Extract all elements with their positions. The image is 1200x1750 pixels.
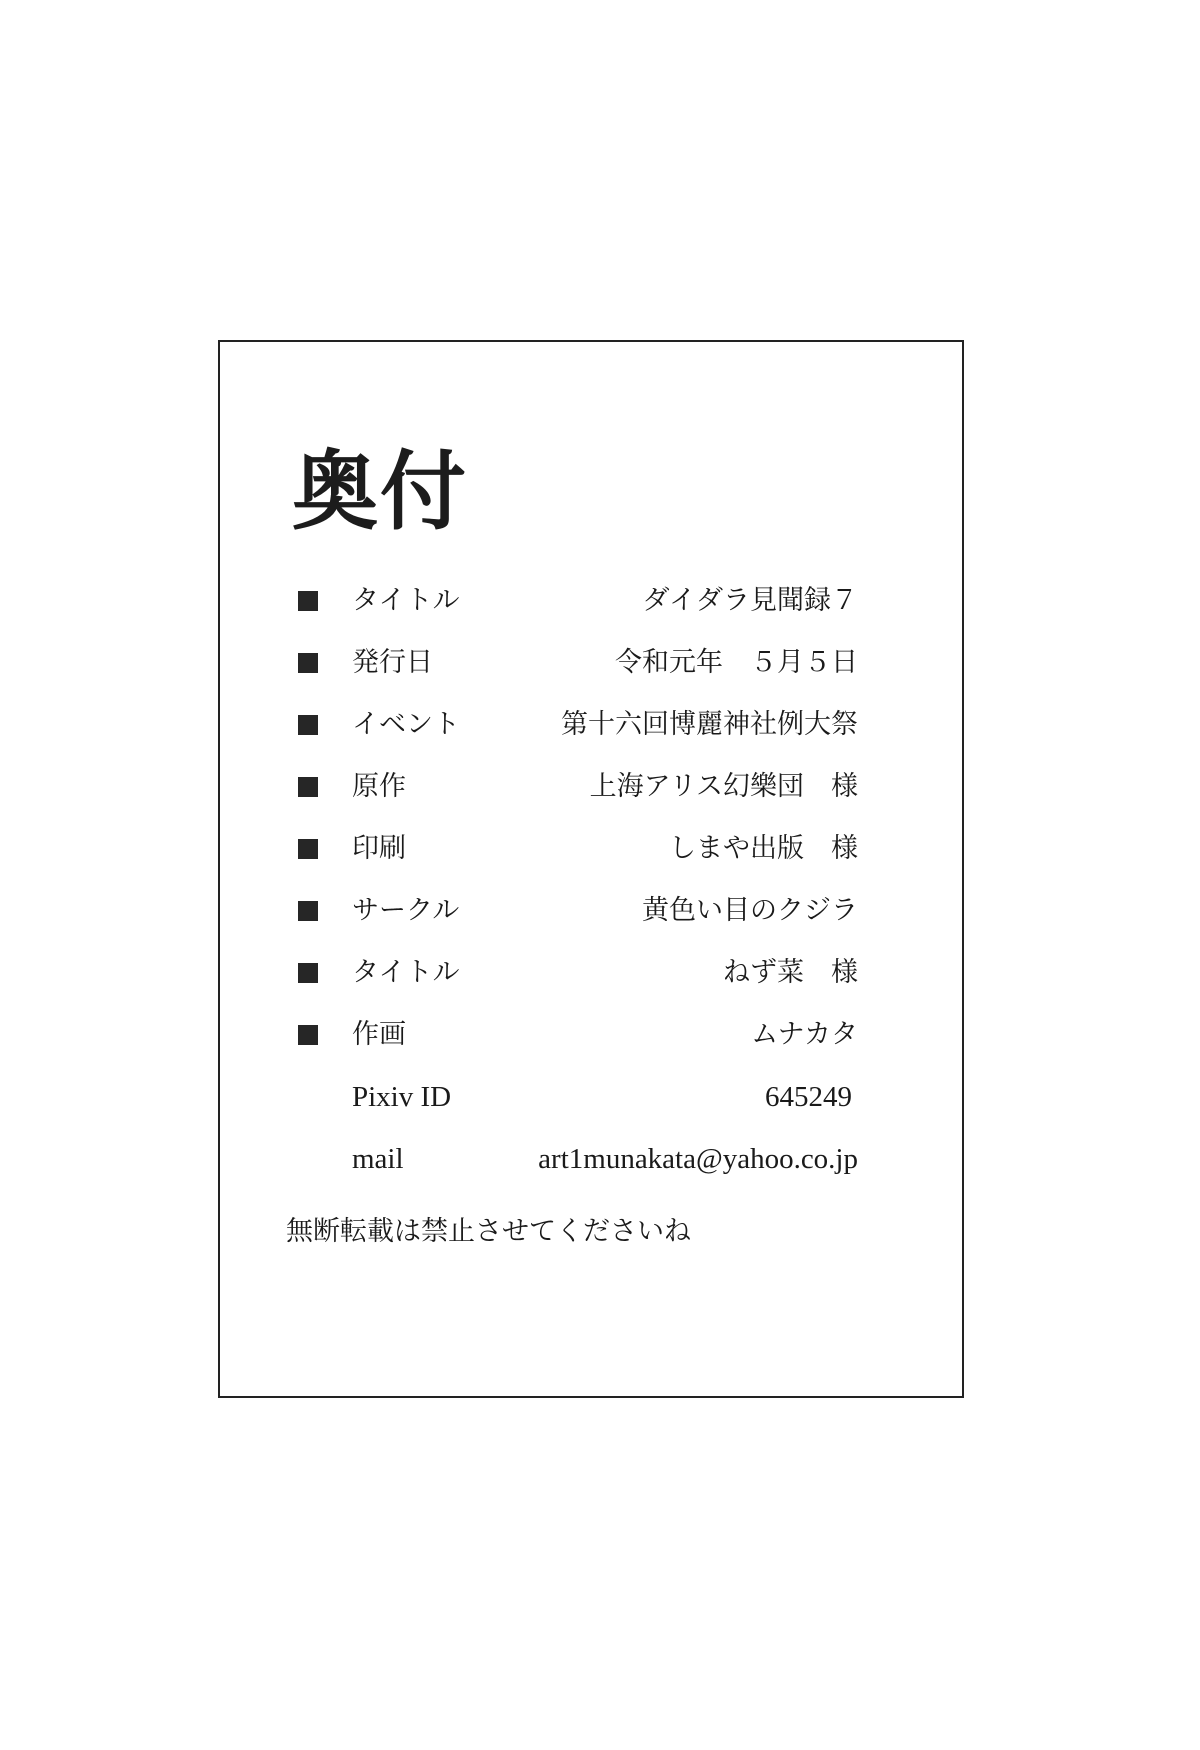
square-bullet-icon bbox=[298, 591, 318, 611]
colophon-row-title-2: タイトル ねず菜 様 bbox=[298, 942, 858, 1004]
row-label: イベント bbox=[352, 705, 460, 745]
row-value: 第十六回博麗神社例大祭 bbox=[561, 705, 858, 745]
row-label: 原作 bbox=[352, 767, 406, 807]
row-label: サークル bbox=[352, 891, 459, 931]
colophon-list: タイトル ダイダラ見聞録７ 発行日 令和元年 ５月５日 イベント 第十六回博麗神… bbox=[298, 570, 858, 1190]
reprint-notice: 無断転載は禁止させてくださいね bbox=[286, 1212, 691, 1252]
pixiv-id: 645249 bbox=[765, 1077, 852, 1117]
row-value: ダイダラ見聞録７ bbox=[643, 581, 858, 621]
colophon-row-publish-date: 発行日 令和元年 ５月５日 bbox=[298, 632, 858, 694]
row-value: 上海アリス幻樂団 様 bbox=[590, 767, 858, 807]
colophon-title: 奥付 bbox=[292, 442, 468, 542]
colophon-row-artist: 作画 ムナカタ bbox=[298, 1004, 858, 1066]
row-label: タイトル bbox=[352, 953, 459, 993]
row-value: ムナカタ bbox=[751, 1015, 858, 1055]
row-label: 作画 bbox=[352, 1015, 406, 1055]
row-label: タイトル bbox=[352, 581, 459, 621]
row-label: 発行日 bbox=[352, 643, 433, 683]
square-bullet-icon bbox=[298, 901, 318, 921]
colophon-row-original-work: 原作 上海アリス幻樂団 様 bbox=[298, 756, 858, 818]
row-value: 黄色い目のクジラ bbox=[642, 891, 858, 931]
square-bullet-icon bbox=[298, 777, 318, 797]
row-value: しまや出版 様 bbox=[669, 829, 858, 869]
colophon-row-title: タイトル ダイダラ見聞録７ bbox=[298, 570, 858, 632]
square-bullet-icon bbox=[298, 839, 318, 859]
mail-address: art1munakata@yahoo.co.jp bbox=[538, 1139, 858, 1179]
row-value: 令和元年 ５月５日 bbox=[615, 643, 858, 683]
colophon-row-event: イベント 第十六回博麗神社例大祭 bbox=[298, 694, 858, 756]
contact-row-pixiv: Pixiv ID 645249 bbox=[298, 1066, 858, 1128]
contact-row-mail: mail art1munakata@yahoo.co.jp bbox=[298, 1128, 858, 1190]
mail-label: mail bbox=[352, 1139, 404, 1179]
square-bullet-icon bbox=[298, 963, 318, 983]
colophon-row-circle: サークル 黄色い目のクジラ bbox=[298, 880, 858, 942]
pixiv-label: Pixiv ID bbox=[352, 1077, 451, 1117]
square-bullet-icon bbox=[298, 653, 318, 673]
row-value: ねず菜 様 bbox=[723, 953, 858, 993]
colophon-box: 奥付 タイトル ダイダラ見聞録７ 発行日 令和元年 ５月５日 イベント 第十六回… bbox=[218, 340, 964, 1398]
square-bullet-icon bbox=[298, 715, 318, 735]
colophon-row-printer: 印刷 しまや出版 様 bbox=[298, 818, 858, 880]
row-label: 印刷 bbox=[352, 829, 406, 869]
square-bullet-icon bbox=[298, 1025, 318, 1045]
